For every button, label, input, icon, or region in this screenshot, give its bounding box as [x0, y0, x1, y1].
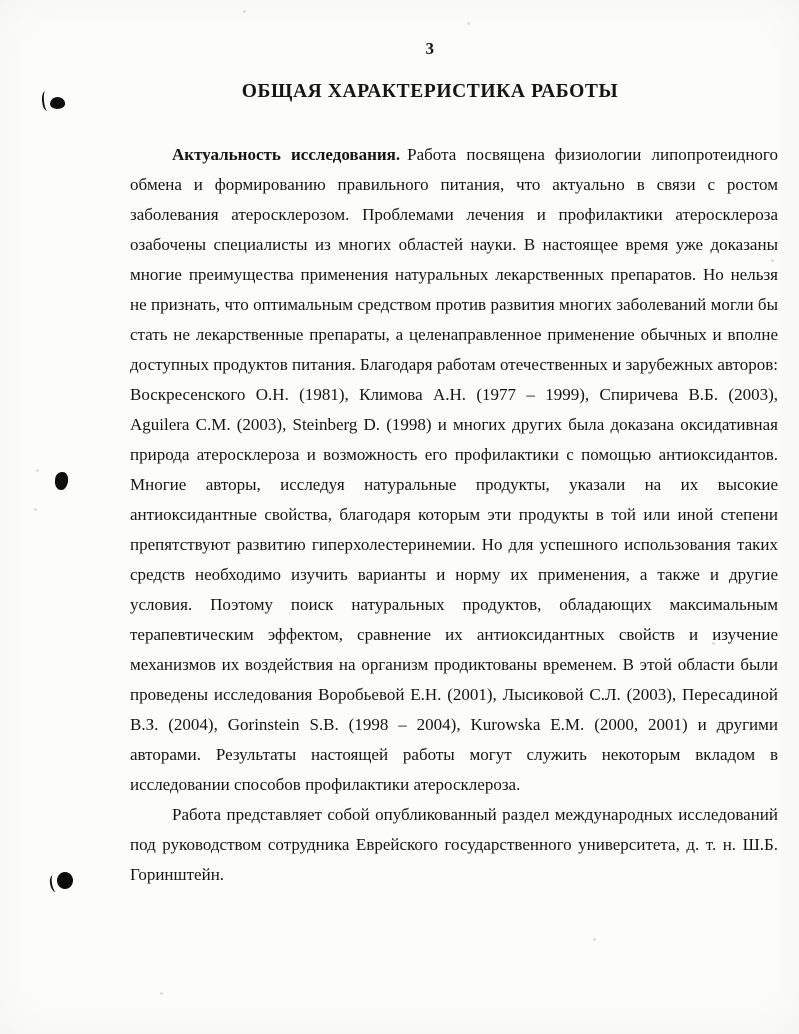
ink-blot-top-icon [49, 96, 66, 110]
ink-blot-middle-icon [54, 471, 69, 490]
paragraph-closing: Работа представляет собой опубликованный… [130, 800, 778, 890]
scan-noise-speck [243, 10, 246, 13]
scan-noise-speck [36, 469, 39, 472]
paragraph-actuality: Актуальность исследования.Работа посвяще… [130, 140, 778, 800]
scan-noise-speck [593, 938, 596, 941]
body-text: Актуальность исследования.Работа посвяще… [130, 140, 778, 890]
scan-noise-speck [34, 508, 37, 511]
document-title: ОБЩАЯ ХАРАКТЕРИСТИКА РАБОТЫ [80, 81, 780, 103]
scanned-document-page: 3 ОБЩАЯ ХАРАКТЕРИСТИКА РАБОТЫ Актуальнос… [0, 0, 799, 1034]
paragraph-text: Работа посвящена физиологии липопротеидн… [130, 145, 778, 794]
paragraph-text: Работа представляет собой опубликованный… [130, 805, 778, 884]
paragraph-lead: Актуальность исследования. [172, 145, 400, 164]
scan-noise-speck [160, 992, 163, 995]
ink-dot-bottom-icon [57, 872, 73, 889]
page-number: 3 [80, 39, 780, 59]
scan-noise-speck [712, 642, 715, 645]
scan-noise-speck [467, 22, 470, 25]
scan-noise-speck [771, 259, 774, 262]
